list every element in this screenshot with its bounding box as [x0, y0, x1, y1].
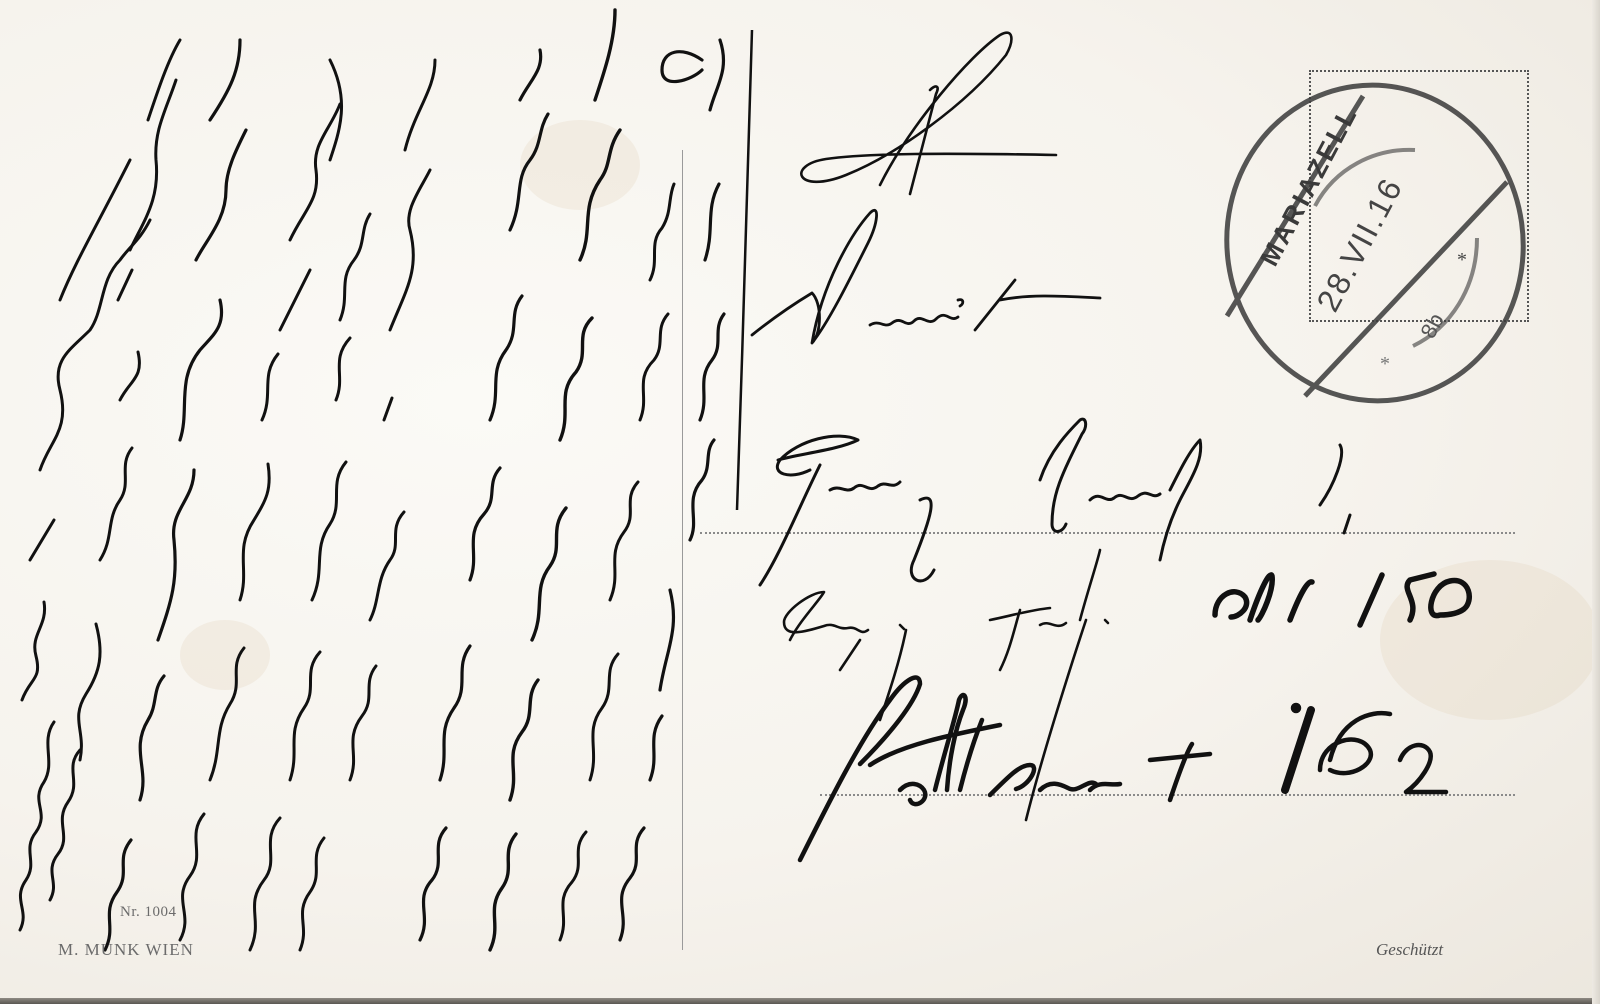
postmark-star-icon: *: [1457, 249, 1467, 271]
message-column-rule: [682, 150, 683, 950]
card-right-edge: [1592, 0, 1600, 1004]
series-number: Nr. 1004: [120, 904, 177, 921]
postcard-back: MARIAZELL 28.VII.16 8b * *: [0, 0, 1600, 1004]
address-line-1: [700, 532, 1515, 534]
address-line-2: [820, 794, 1515, 796]
publisher-imprint: M. MUNK WIEN: [58, 940, 194, 960]
postmark-lower-text: 8b: [1415, 309, 1449, 342]
postmark-star-icon: *: [1380, 353, 1390, 375]
card-bottom-edge: [0, 998, 1600, 1004]
copyright-mark: Geschützt: [1376, 940, 1443, 960]
postmark-cancellation: MARIAZELL 28.VII.16 8b * *: [1215, 78, 1545, 418]
